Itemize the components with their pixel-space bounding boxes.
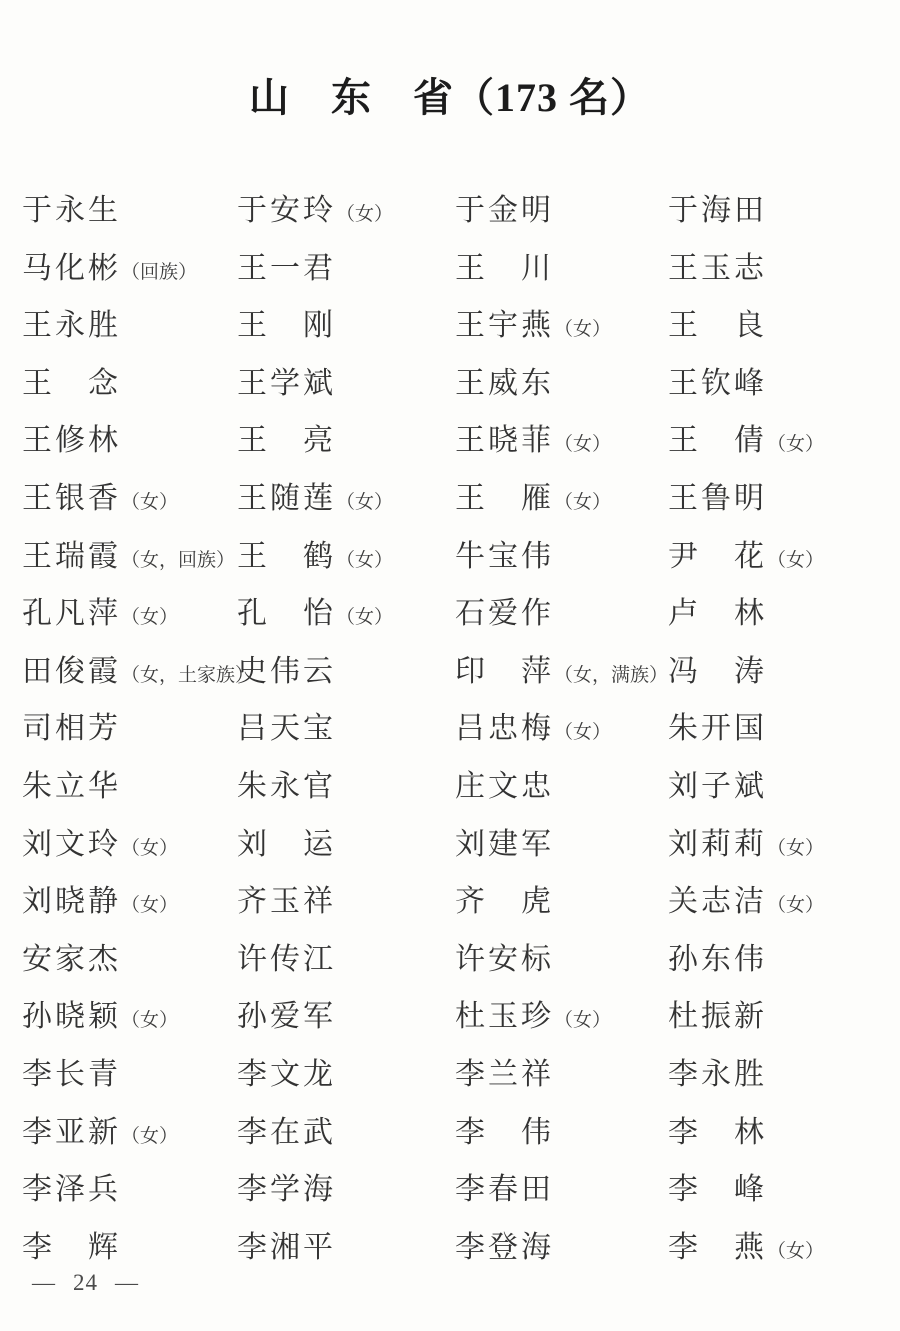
person-cell: 许传江	[237, 931, 455, 989]
person-cell: 李 峰	[668, 1161, 900, 1219]
person-name: 许安标	[455, 943, 554, 976]
person-cell: 王晓菲（女）	[455, 412, 668, 470]
person-cell: 刘莉莉（女）	[668, 816, 900, 874]
page-number: 24	[73, 1270, 98, 1295]
person-cell: 安家杰	[22, 931, 237, 989]
person-cell: 吕天宝	[237, 700, 455, 758]
person-cell: 史伟云	[237, 643, 455, 701]
person-note: （女）	[767, 550, 824, 571]
person-name: 王晓菲	[455, 424, 554, 457]
person-cell: 刘建军	[455, 816, 668, 874]
person-name: 杜振新	[668, 1000, 767, 1033]
person-cell: 于永生	[22, 182, 237, 240]
person-cell: 王 念	[22, 355, 237, 413]
person-name: 于金明	[455, 194, 554, 227]
person-name: 刘晓静	[22, 885, 121, 918]
person-cell: 齐 虎	[455, 873, 668, 931]
person-cell: 朱开国	[668, 700, 900, 758]
person-name: 关志洁	[668, 885, 767, 918]
person-note: （女）	[554, 319, 611, 340]
person-name: 史伟云	[237, 655, 336, 688]
person-cell: 司相芳	[22, 700, 237, 758]
person-name: 王永胜	[22, 309, 121, 342]
person-cell: 王鲁明	[668, 470, 900, 528]
person-name: 孙爱军	[237, 1000, 336, 1033]
person-cell: 田俊霞（女，土家族）	[22, 643, 237, 701]
person-name: 王鲁明	[668, 482, 767, 515]
person-name: 尹 花	[668, 540, 767, 573]
person-cell: 牛宝伟	[455, 528, 668, 586]
person-note: （女）	[767, 434, 824, 455]
person-name: 马化彬	[22, 252, 121, 285]
person-name: 王 倩	[668, 424, 767, 457]
person-name: 李在武	[237, 1116, 336, 1149]
person-name: 印 萍	[455, 655, 554, 688]
person-cell: 卢 林	[668, 585, 900, 643]
person-name: 卢 林	[668, 597, 767, 630]
person-name: 吕忠梅	[455, 712, 554, 745]
person-cell: 刘文玲（女）	[22, 816, 237, 874]
person-name: 于安玲	[237, 194, 336, 227]
person-cell: 李亚新（女）	[22, 1104, 237, 1162]
person-cell: 尹 花（女）	[668, 528, 900, 586]
person-cell: 刘晓静（女）	[22, 873, 237, 931]
person-cell: 王 刚	[237, 297, 455, 355]
person-name: 吕天宝	[237, 712, 336, 745]
person-name: 于永生	[22, 194, 121, 227]
person-cell: 李永胜	[668, 1046, 900, 1104]
person-cell: 李在武	[237, 1104, 455, 1162]
person-name: 王随莲	[237, 482, 336, 515]
person-name: 刘文玲	[22, 828, 121, 861]
person-cell: 王 倩（女）	[668, 412, 900, 470]
person-cell: 杜振新	[668, 988, 900, 1046]
person-cell: 王 亮	[237, 412, 455, 470]
footer-left-dash: —	[32, 1270, 56, 1295]
person-cell: 印 萍（女，满族）	[455, 643, 668, 701]
person-cell: 王宇燕（女）	[455, 297, 668, 355]
person-name: 李 伟	[455, 1116, 554, 1149]
person-cell: 于金明	[455, 182, 668, 240]
person-cell: 王瑞霞（女，回族）	[22, 528, 237, 586]
person-note: （女）	[121, 1126, 178, 1147]
person-name: 李湘平	[237, 1231, 336, 1264]
person-cell: 王 川	[455, 240, 668, 298]
person-note: （回族）	[121, 262, 197, 283]
person-cell: 刘子斌	[668, 758, 900, 816]
person-cell: 李 燕（女）	[668, 1219, 900, 1277]
person-cell: 杜玉珍（女）	[455, 988, 668, 1046]
person-name: 齐 虎	[455, 885, 554, 918]
person-cell: 王 鹤（女）	[237, 528, 455, 586]
person-cell: 李兰祥	[455, 1046, 668, 1104]
document-page: 山 东 省（173 名） 于永生于安玲（女）于金明于海田马化彬（回族）王一君王 …	[0, 0, 900, 1331]
person-cell: 关志洁（女）	[668, 873, 900, 931]
person-cell: 齐玉祥	[237, 873, 455, 931]
person-name: 朱永官	[237, 770, 336, 803]
roster-grid: 于永生于安玲（女）于金明于海田马化彬（回族）王一君王 川王玉志王永胜王 刚王宇燕…	[0, 182, 900, 1276]
person-name: 王 刚	[237, 309, 336, 342]
person-cell: 王永胜	[22, 297, 237, 355]
person-cell: 王玉志	[668, 240, 900, 298]
person-name: 司相芳	[22, 712, 121, 745]
person-cell: 冯 涛	[668, 643, 900, 701]
person-note: （女，土家族）	[121, 665, 254, 686]
person-name: 王瑞霞	[22, 540, 121, 573]
person-name: 李 峰	[668, 1173, 767, 1206]
person-name: 王 念	[22, 367, 121, 400]
person-name: 安家杰	[22, 943, 121, 976]
person-cell: 李学海	[237, 1161, 455, 1219]
person-name: 王 鹤	[237, 540, 336, 573]
person-name: 庄文忠	[455, 770, 554, 803]
person-cell: 李 伟	[455, 1104, 668, 1162]
person-cell: 石爱作	[455, 585, 668, 643]
person-name: 李泽兵	[22, 1173, 121, 1206]
person-name: 李永胜	[668, 1058, 767, 1091]
person-name: 王钦峰	[668, 367, 767, 400]
person-cell: 李春田	[455, 1161, 668, 1219]
person-cell: 王随莲（女）	[237, 470, 455, 528]
person-name: 刘子斌	[668, 770, 767, 803]
person-name: 刘 运	[237, 828, 336, 861]
person-note: （女）	[121, 492, 178, 513]
person-name: 王银香	[22, 482, 121, 515]
person-cell: 朱立华	[22, 758, 237, 816]
person-cell: 于海田	[668, 182, 900, 240]
person-name: 李 燕	[668, 1231, 767, 1264]
person-name: 李 辉	[22, 1231, 121, 1264]
person-name: 齐玉祥	[237, 885, 336, 918]
person-note: （女）	[336, 550, 393, 571]
person-note: （女）	[336, 492, 393, 513]
person-note: （女，满族）	[554, 665, 668, 686]
person-cell: 孔 怡（女）	[237, 585, 455, 643]
person-cell: 李长青	[22, 1046, 237, 1104]
person-cell: 孙东伟	[668, 931, 900, 989]
person-note: （女，回族）	[121, 550, 235, 571]
person-name: 李长青	[22, 1058, 121, 1091]
person-cell: 刘 运	[237, 816, 455, 874]
person-cell: 于安玲（女）	[237, 182, 455, 240]
person-cell: 王学斌	[237, 355, 455, 413]
person-name: 王一君	[237, 252, 336, 285]
person-name: 孙晓颖	[22, 1000, 121, 1033]
person-cell: 马化彬（回族）	[22, 240, 237, 298]
person-name: 孔 怡	[237, 597, 336, 630]
person-name: 冯 涛	[668, 655, 767, 688]
person-note: （女）	[121, 895, 178, 916]
person-note: （女）	[121, 1010, 178, 1031]
person-name: 李春田	[455, 1173, 554, 1206]
person-cell: 王 良	[668, 297, 900, 355]
person-name: 王 川	[455, 252, 554, 285]
person-name: 王修林	[22, 424, 121, 457]
person-cell: 庄文忠	[455, 758, 668, 816]
person-name: 石爱作	[455, 597, 554, 630]
person-cell: 吕忠梅（女）	[455, 700, 668, 758]
person-name: 王威东	[455, 367, 554, 400]
person-name: 王 雁	[455, 482, 554, 515]
person-name: 王玉志	[668, 252, 767, 285]
person-cell: 李登海	[455, 1219, 668, 1277]
person-note: （女）	[554, 722, 611, 743]
person-cell: 孔凡萍（女）	[22, 585, 237, 643]
person-name: 王学斌	[237, 367, 336, 400]
person-name: 李兰祥	[455, 1058, 554, 1091]
person-cell: 孙晓颖（女）	[22, 988, 237, 1046]
person-cell: 王银香（女）	[22, 470, 237, 528]
person-note: （女）	[767, 895, 824, 916]
person-note: （女）	[336, 204, 393, 225]
page-footer: —24—	[32, 1270, 139, 1296]
person-note: （女）	[121, 607, 178, 628]
person-name: 李亚新	[22, 1116, 121, 1149]
person-cell: 王一君	[237, 240, 455, 298]
person-name: 刘莉莉	[668, 828, 767, 861]
person-name: 李 林	[668, 1116, 767, 1149]
page-title: 山 东 省（173 名）	[0, 0, 900, 122]
footer-right-dash: —	[115, 1270, 139, 1295]
person-cell: 王威东	[455, 355, 668, 413]
person-cell: 李 辉	[22, 1219, 237, 1277]
person-cell: 李泽兵	[22, 1161, 237, 1219]
person-name: 许传江	[237, 943, 336, 976]
person-note: （女）	[767, 1241, 824, 1262]
person-name: 朱开国	[668, 712, 767, 745]
person-cell: 李文龙	[237, 1046, 455, 1104]
person-name: 孔凡萍	[22, 597, 121, 630]
person-cell: 王 雁（女）	[455, 470, 668, 528]
person-name: 田俊霞	[22, 655, 121, 688]
person-cell: 王钦峰	[668, 355, 900, 413]
person-cell: 许安标	[455, 931, 668, 989]
person-note: （女）	[121, 838, 178, 859]
person-name: 朱立华	[22, 770, 121, 803]
person-note: （女）	[767, 838, 824, 859]
person-name: 于海田	[668, 194, 767, 227]
person-name: 李登海	[455, 1231, 554, 1264]
person-note: （女）	[554, 434, 611, 455]
person-name: 王宇燕	[455, 309, 554, 342]
person-cell: 王修林	[22, 412, 237, 470]
person-name: 王 亮	[237, 424, 336, 457]
person-note: （女）	[554, 492, 611, 513]
person-name: 李文龙	[237, 1058, 336, 1091]
person-name: 孙东伟	[668, 943, 767, 976]
person-name: 王 良	[668, 309, 767, 342]
person-note: （女）	[336, 607, 393, 628]
person-cell: 李 林	[668, 1104, 900, 1162]
person-cell: 孙爱军	[237, 988, 455, 1046]
person-cell: 李湘平	[237, 1219, 455, 1277]
person-name: 刘建军	[455, 828, 554, 861]
person-name: 牛宝伟	[455, 540, 554, 573]
person-cell: 朱永官	[237, 758, 455, 816]
person-name: 李学海	[237, 1173, 336, 1206]
person-note: （女）	[554, 1010, 611, 1031]
person-name: 杜玉珍	[455, 1000, 554, 1033]
